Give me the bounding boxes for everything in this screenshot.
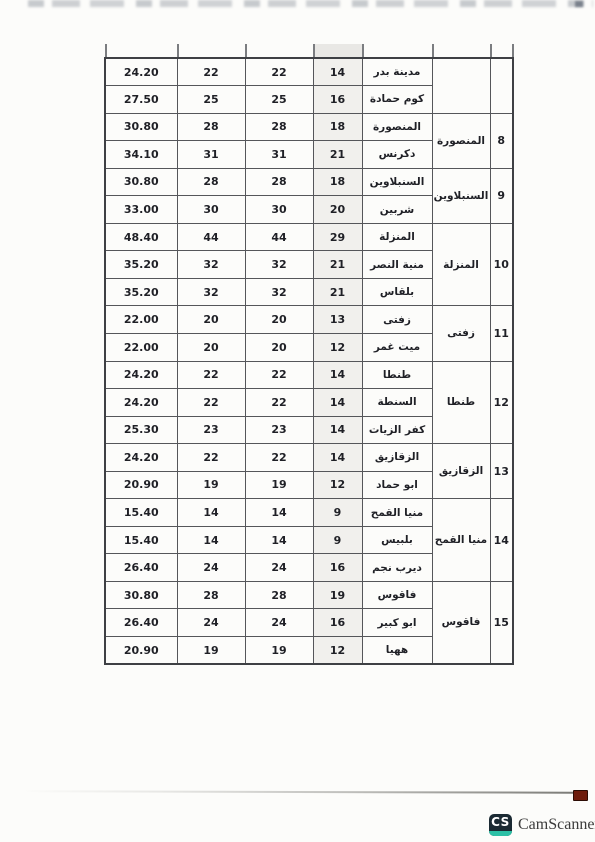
value-cell: 22.00	[105, 333, 177, 361]
value-cell: 30	[245, 196, 313, 224]
value-cell: 20.90	[105, 636, 177, 664]
value-cell: 24	[177, 554, 245, 582]
value-cell: 12	[313, 636, 362, 664]
city-name-cell: طنطا	[362, 361, 432, 389]
value-cell: 13	[313, 306, 362, 334]
value-cell: 22	[245, 389, 313, 417]
value-cell: 30.80	[105, 168, 177, 196]
value-cell: 24.20	[105, 361, 177, 389]
city-name-cell: مدينة بدر	[362, 58, 432, 86]
table-row: 24.20222214مدينة بدر	[105, 58, 513, 86]
group-number-cell: 9	[490, 168, 513, 223]
group-number-cell: 12	[490, 361, 513, 444]
column-stub-line	[177, 44, 179, 58]
scan-artifact-dot	[575, 1, 583, 7]
city-name-cell: السنطة	[362, 389, 432, 417]
value-cell: 16	[313, 554, 362, 582]
city-name-cell: ميت غمر	[362, 333, 432, 361]
value-cell: 21	[313, 278, 362, 306]
table-row: 24.20222214طنطاطنطا12	[105, 361, 513, 389]
value-cell: 15.40	[105, 499, 177, 527]
value-cell: 9	[313, 499, 362, 527]
column-stub-line	[512, 44, 514, 58]
value-cell: 21	[313, 141, 362, 169]
value-cell: 14	[313, 416, 362, 444]
value-cell: 9	[313, 526, 362, 554]
value-cell: 14	[245, 499, 313, 527]
value-cell: 24.20	[105, 444, 177, 472]
value-cell: 35.20	[105, 278, 177, 306]
value-cell: 32	[245, 251, 313, 279]
column-stub-line	[362, 44, 364, 58]
value-cell: 18	[313, 168, 362, 196]
group-name-cell: المنزلة	[432, 223, 490, 306]
value-cell: 22	[245, 58, 313, 86]
city-name-cell: بلبيس	[362, 526, 432, 554]
table-body: 24.20222214مدينة بدر27.50252516كوم حمادة…	[105, 58, 513, 664]
value-cell: 32	[245, 278, 313, 306]
value-cell: 44	[177, 223, 245, 251]
column-stub-line	[490, 44, 492, 58]
group-number-cell: 8	[490, 113, 513, 168]
group-number-cell: 13	[490, 444, 513, 499]
group-name-cell: السنبلاوين	[432, 168, 490, 223]
value-cell: 18	[313, 113, 362, 141]
value-cell: 26.40	[105, 609, 177, 637]
value-cell: 31	[245, 141, 313, 169]
scanned-page: 24.20222214مدينة بدر27.50252516كوم حمادة…	[0, 0, 595, 842]
value-cell: 24.20	[105, 389, 177, 417]
camscanner-icon-teal-bar	[489, 831, 512, 836]
value-cell: 25	[177, 86, 245, 114]
city-name-cell: كوم حمادة	[362, 86, 432, 114]
city-name-cell: ههيا	[362, 636, 432, 664]
value-cell: 19	[177, 471, 245, 499]
value-cell: 28	[177, 581, 245, 609]
table-row: 24.20222214الزقازيقالزقازيق13	[105, 444, 513, 472]
column-stub-line	[105, 44, 107, 58]
city-name-cell: دكرنس	[362, 141, 432, 169]
value-cell: 12	[313, 471, 362, 499]
column-stub-shading	[314, 44, 362, 58]
city-name-cell: زفتى	[362, 306, 432, 334]
value-cell: 16	[313, 609, 362, 637]
scan-artifact-red-mark	[573, 790, 588, 801]
city-name-cell: ابو كبير	[362, 609, 432, 637]
group-name-cell: الزقازيق	[432, 444, 490, 499]
value-cell: 29	[313, 223, 362, 251]
value-cell: 20	[245, 333, 313, 361]
camscanner-watermark: CS CamScanner	[489, 814, 595, 836]
city-name-cell: شربين	[362, 196, 432, 224]
city-name-cell: بلقاس	[362, 278, 432, 306]
value-cell: 24	[245, 609, 313, 637]
value-cell: 20	[245, 306, 313, 334]
value-cell: 22	[177, 389, 245, 417]
value-cell: 22	[245, 444, 313, 472]
group-number-cell: 14	[490, 499, 513, 582]
scan-artifact-line	[22, 790, 574, 793]
city-name-cell: فاقوس	[362, 581, 432, 609]
value-cell: 35.20	[105, 251, 177, 279]
value-cell: 19	[245, 636, 313, 664]
city-name-cell: منيا القمح	[362, 499, 432, 527]
value-cell: 28	[177, 113, 245, 141]
group-number-cell: 15	[490, 581, 513, 664]
value-cell: 30.80	[105, 581, 177, 609]
value-cell: 22	[177, 444, 245, 472]
city-name-cell: المنصورة	[362, 113, 432, 141]
value-cell: 32	[177, 278, 245, 306]
value-cell: 28	[245, 113, 313, 141]
value-cell: 22	[177, 361, 245, 389]
city-name-cell: منية النصر	[362, 251, 432, 279]
value-cell: 19	[313, 581, 362, 609]
value-cell: 16	[313, 86, 362, 114]
value-cell: 28	[177, 168, 245, 196]
group-name-cell	[432, 58, 490, 113]
camscanner-brand-text: CamScanner	[518, 816, 595, 834]
value-cell: 32	[177, 251, 245, 279]
group-number-cell	[490, 58, 513, 113]
value-cell: 44	[245, 223, 313, 251]
group-name-cell: طنطا	[432, 361, 490, 444]
table-row: 30.80282819فاقوسفاقوس15	[105, 581, 513, 609]
city-name-cell: ابو حماد	[362, 471, 432, 499]
value-cell: 14	[313, 444, 362, 472]
value-cell: 14	[313, 361, 362, 389]
table-row: 30.80282818المنصورةالمنصورة8	[105, 113, 513, 141]
value-cell: 19	[177, 636, 245, 664]
value-cell: 30	[177, 196, 245, 224]
value-cell: 14	[313, 58, 362, 86]
value-cell: 33.00	[105, 196, 177, 224]
value-cell: 24.20	[105, 58, 177, 86]
value-cell: 27.50	[105, 86, 177, 114]
value-cell: 22.00	[105, 306, 177, 334]
group-name-cell: زفتى	[432, 306, 490, 361]
city-name-cell: كفر الزيات	[362, 416, 432, 444]
value-cell: 20	[313, 196, 362, 224]
value-cell: 25.30	[105, 416, 177, 444]
value-cell: 25	[245, 86, 313, 114]
value-cell: 20	[177, 306, 245, 334]
column-stub-line	[313, 44, 315, 58]
value-cell: 23	[245, 416, 313, 444]
column-stub-line	[245, 44, 247, 58]
value-cell: 20	[177, 333, 245, 361]
group-number-cell: 11	[490, 306, 513, 361]
value-cell: 30.80	[105, 113, 177, 141]
group-name-cell: المنصورة	[432, 113, 490, 168]
scan-artifact-cropped-text	[28, 0, 593, 7]
value-cell: 14	[177, 499, 245, 527]
value-cell: 26.40	[105, 554, 177, 582]
group-number-cell: 10	[490, 223, 513, 306]
value-cell: 24	[177, 609, 245, 637]
value-cell: 15.40	[105, 526, 177, 554]
value-cell: 19	[245, 471, 313, 499]
camscanner-icon: CS	[489, 814, 512, 836]
group-name-cell: فاقوس	[432, 581, 490, 664]
value-cell: 24	[245, 554, 313, 582]
value-cell: 22	[245, 361, 313, 389]
group-name-cell: منيا القمح	[432, 499, 490, 582]
value-cell: 48.40	[105, 223, 177, 251]
value-cell: 31	[177, 141, 245, 169]
city-name-cell: الزقازيق	[362, 444, 432, 472]
table-row: 30.80282818السنبلاوينالسنبلاوين9	[105, 168, 513, 196]
city-name-cell: ديرب نجم	[362, 554, 432, 582]
value-cell: 23	[177, 416, 245, 444]
value-cell: 12	[313, 333, 362, 361]
city-name-cell: السنبلاوين	[362, 168, 432, 196]
value-cell: 21	[313, 251, 362, 279]
value-cell: 34.10	[105, 141, 177, 169]
city-name-cell: المنزلة	[362, 223, 432, 251]
table-row: 15.4014149منيا القمحمنيا القمح14	[105, 499, 513, 527]
value-cell: 14	[245, 526, 313, 554]
value-cell: 14	[177, 526, 245, 554]
value-cell: 14	[313, 389, 362, 417]
column-stub-line	[432, 44, 434, 58]
value-cell: 22	[177, 58, 245, 86]
district-schedule-table: 24.20222214مدينة بدر27.50252516كوم حمادة…	[104, 57, 514, 665]
table-row: 48.40444429المنزلةالمنزلة10	[105, 223, 513, 251]
value-cell: 28	[245, 581, 313, 609]
camscanner-icon-text: CS	[489, 815, 512, 829]
value-cell: 28	[245, 168, 313, 196]
value-cell: 20.90	[105, 471, 177, 499]
table-row: 22.00202013زفتىزفتى11	[105, 306, 513, 334]
